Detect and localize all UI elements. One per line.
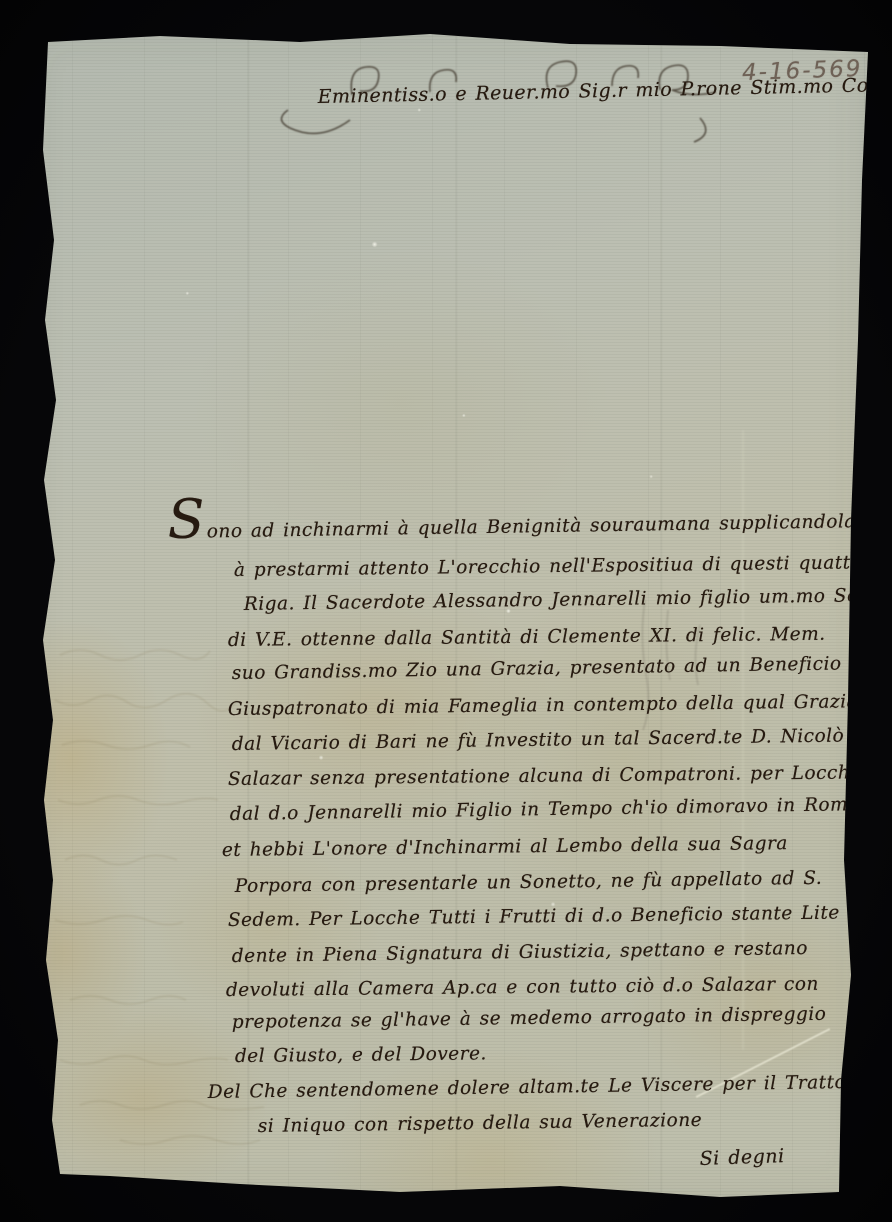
archive-number: 4-16-569	[742, 56, 863, 86]
catchword: Si degni	[699, 1145, 785, 1170]
manuscript-photo: Eminentiss.o e Reuer.mo Sig.r mio P.rone…	[0, 0, 892, 1222]
body-line: del Giusto, e del Dovere.	[235, 1043, 487, 1067]
paper-sheet: Eminentiss.o e Reuer.mo Sig.r mio P.rone…	[0, 0, 892, 1222]
